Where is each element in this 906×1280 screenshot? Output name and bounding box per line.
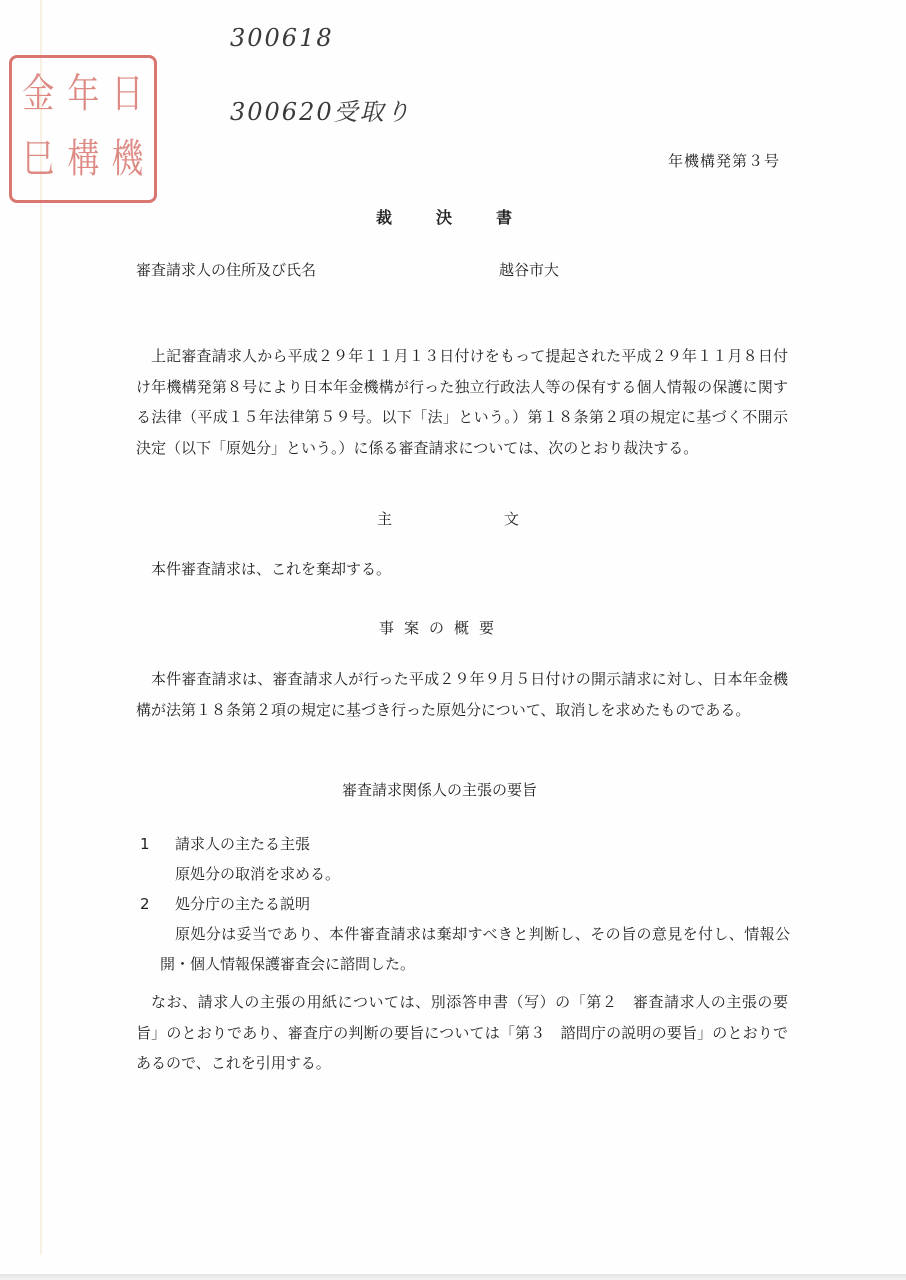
claim-number: 1: [140, 829, 175, 859]
seal-character: 機: [110, 129, 146, 194]
seal-character: 金: [20, 64, 56, 129]
intro-paragraph: 上記審査請求人から平成２９年１１月１３日付けをもって提起された平成２９年１１月８…: [136, 341, 788, 463]
document-number: 年機構発第３号: [668, 150, 780, 171]
closing-note-paragraph: なお、請求人の主張の用紙については、別添答申書（写）の「第２ 審査請求人の主張の…: [136, 987, 788, 1079]
summary-body: 本件審査請求は、審査請求人が行った平成２９年９月５日付けの開示請求に対し、日本年…: [136, 664, 788, 725]
page-bottom-edge: [0, 1274, 906, 1280]
seal-character: 巳: [20, 129, 56, 194]
claims-list: 1 請求人の主たる主張 原処分の取消を求める。 2 処分庁の主たる説明 原処分は…: [140, 829, 790, 979]
addressee-label: 審査請求人の住所及び氏名: [136, 259, 316, 280]
claim-body: 原処分の取消を求める。: [140, 859, 790, 889]
handwritten-received-note: 300620受取り: [230, 92, 412, 127]
document-title: 裁決書: [376, 205, 556, 228]
claim-body: 原処分は妥当であり、本件審査請求は棄却すべきと判断し、その旨の意見を付し、情報公…: [140, 919, 790, 979]
main-text-body: 本件審査請求は、これを棄却する。: [136, 554, 788, 585]
claim-title: 請求人の主たる主張: [175, 829, 310, 859]
claim-title: 処分庁の主たる説明: [175, 889, 310, 919]
claim-item-heading: 2 処分庁の主たる説明: [140, 889, 790, 919]
section-heading-summary: 事案の概要: [379, 617, 504, 638]
addressee-address: 越谷市大: [499, 259, 559, 280]
section-heading-main-text: 主文: [377, 508, 631, 529]
seal-character: 年: [65, 64, 101, 129]
claim-item-heading: 1 請求人の主たる主張: [140, 829, 790, 859]
official-seal-stamp: 金 年 日 巳 構 機: [9, 55, 157, 203]
claim-number: 2: [140, 889, 175, 919]
section-heading-claims: 審査請求関係人の主張の要旨: [342, 779, 537, 800]
document-page: 金 年 日 巳 構 機 300618 300620受取り 年機構発第３号 裁決書…: [0, 0, 906, 1275]
seal-character: 日: [110, 64, 146, 129]
seal-character: 構: [65, 129, 101, 194]
handwritten-date-note: 300618: [230, 24, 334, 52]
